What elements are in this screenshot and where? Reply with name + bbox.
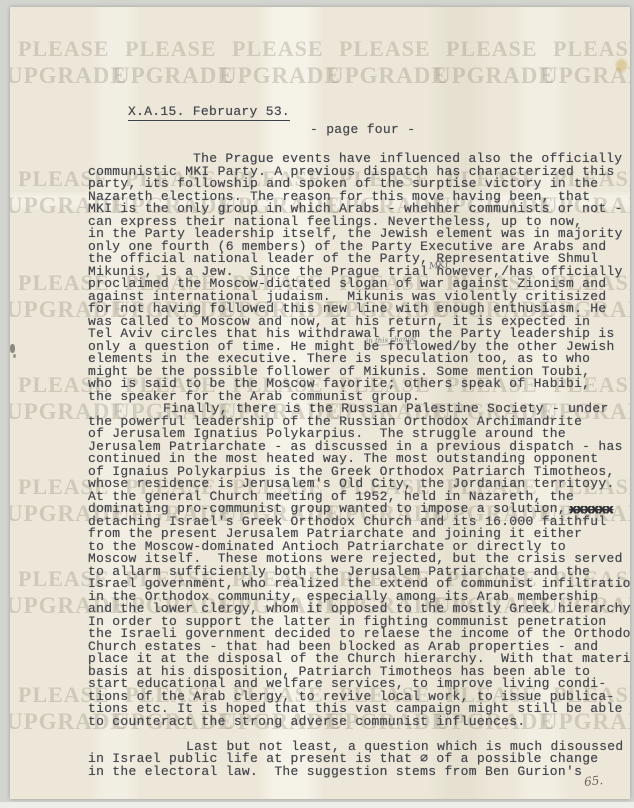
- watermark-text: PLEASE: [553, 36, 630, 62]
- document-header: X.A.15. February 53.: [128, 104, 290, 119]
- watermark-text: UPGRADE: [10, 63, 127, 89]
- document-page: PLEASEUPGRADEPLEASEUPGRADEPLEASEUPGRADEP…: [10, 7, 630, 799]
- watermark-text: PLEASE: [446, 36, 538, 62]
- watermark-text: PLEASE: [339, 36, 431, 62]
- watermark-text: UPGRADE: [434, 63, 555, 89]
- struck-out-word: xxxxxx: [569, 502, 613, 517]
- watermark-text: UPGRADE: [113, 63, 234, 89]
- paper-stain: [616, 59, 627, 72]
- watermark-text: PLEASE: [125, 36, 217, 62]
- scanner-edge-strip: [0, 802, 634, 808]
- ink-smudge: [10, 344, 15, 353]
- typed-line: to counteract the strong adverse communi…: [88, 716, 630, 729]
- paragraph: Last but not least, a question which is …: [88, 741, 630, 779]
- document-body: The Prague events have influenced also t…: [88, 153, 630, 778]
- watermark-text: PLEASE: [18, 36, 110, 62]
- scanner-background: PLEASEUPGRADEPLEASEUPGRADEPLEASEUPGRADEP…: [0, 0, 634, 808]
- ink-smudge: [13, 354, 16, 358]
- watermark-text: PLEASE: [232, 36, 324, 62]
- watermark-text: UPGRADE: [220, 63, 341, 89]
- handwritten-page-number: 65.: [583, 773, 603, 789]
- watermark-text: UPGRADE: [327, 63, 448, 89]
- paragraph: Finally, there is the Russian Palestine …: [88, 403, 630, 728]
- typed-line: in the electoral law. The suggestion ste…: [88, 766, 630, 779]
- document-reference: X.A.15. February 53.: [128, 104, 290, 121]
- paragraph: The Prague events have influenced also t…: [88, 153, 630, 403]
- page-label: - page four -: [310, 122, 415, 137]
